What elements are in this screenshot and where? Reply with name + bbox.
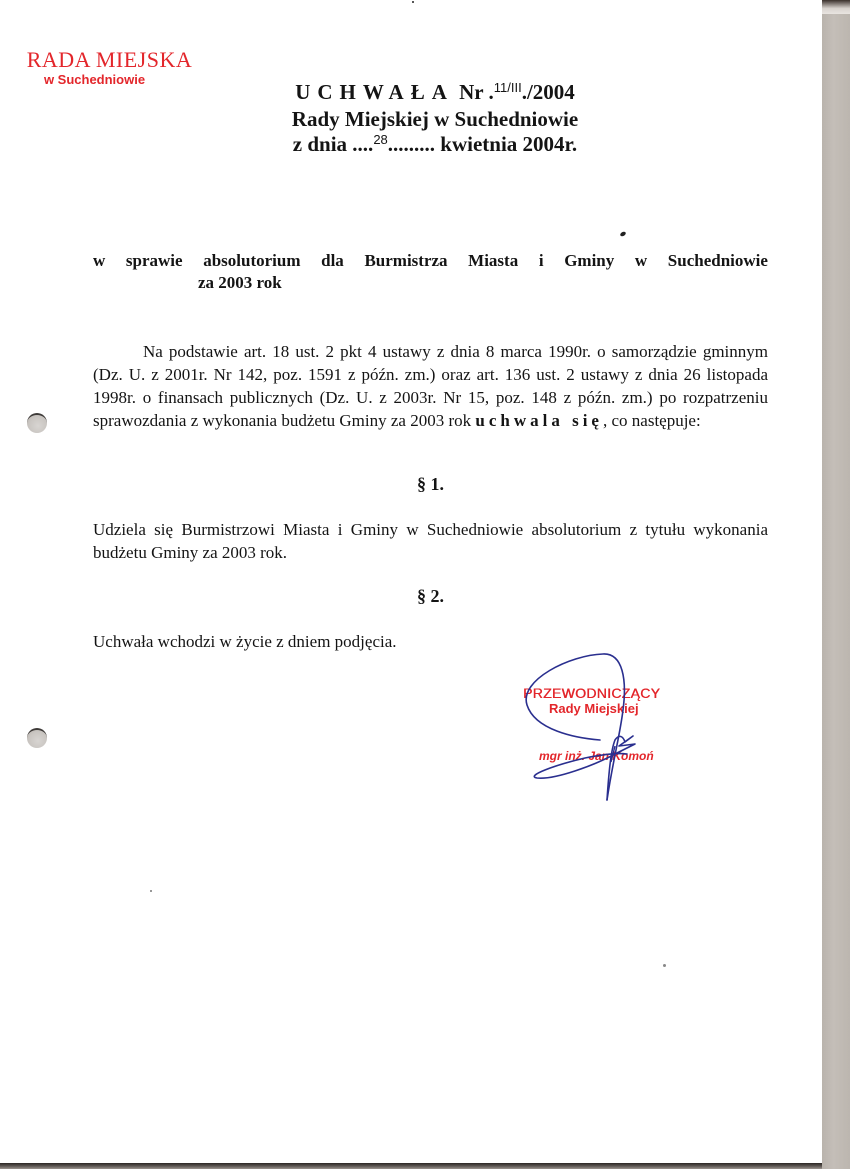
punch-hole [27, 413, 47, 433]
section-1-mark: § 1. [93, 474, 768, 495]
subject-word: w [635, 250, 647, 272]
resolution-subject-line2: za 2003 rok [93, 272, 768, 294]
section-1-text: Udziela się Burmistrzowi Miasta i Gminy … [93, 518, 768, 564]
subject-word: Burmistrza [364, 250, 447, 272]
subject-word: dla [321, 250, 344, 272]
handwritten-signature [515, 650, 715, 810]
subject-word: i [539, 250, 544, 272]
resolution-date-prefix: z dnia .... [293, 132, 374, 156]
document-page: RADA MIEJSKA w Suchedniowie UCHWAŁA Nr .… [0, 0, 822, 1164]
preamble-resolves: uchwala się [475, 411, 603, 430]
resolution-date-suffix: ......... kwietnia 2004r. [388, 132, 577, 156]
subject-word: sprawie [126, 250, 183, 272]
punch-hole [27, 728, 47, 748]
subject-word: Miasta [468, 250, 518, 272]
resolution-date-day: 28 [373, 132, 387, 147]
ink-speck [619, 231, 626, 237]
ink-speck [150, 890, 152, 892]
subject-word: Gminy [564, 250, 614, 272]
council-stamp-line1: RADA MIEJSKA [22, 48, 197, 72]
subject-word: Suchedniowie [668, 250, 768, 272]
resolution-preamble: Na podstawie art. 18 ust. 2 pkt 4 ustawy… [93, 340, 768, 432]
resolution-title: UCHWAŁA Nr .11/III./2004 [230, 80, 640, 107]
resolution-number-suffix: ./2004 [522, 80, 575, 104]
preamble-resolves-suffix: , co następuje: [603, 411, 701, 430]
resolution-title-word: UCHWAŁA [295, 80, 454, 104]
resolution-number-prefix: Nr . [459, 80, 494, 104]
resolution-issuer: Rady Miejskiej w Suchedniowie [230, 107, 640, 132]
resolution-subject-line1: wsprawieabsolutoriumdlaBurmistrzaMiastai… [93, 250, 768, 272]
scanner-bed-edge-right [822, 0, 850, 1169]
scanner-bed-edge-corner [822, 0, 850, 14]
ink-speck [663, 964, 666, 967]
resolution-date: z dnia ....28......... kwietnia 2004r. [230, 132, 640, 159]
scanner-bed-edge-bottom [0, 1163, 822, 1169]
resolution-number-handwritten: 11/III [494, 80, 522, 95]
resolution-header: UCHWAŁA Nr .11/III./2004 Rady Miejskiej … [230, 80, 640, 159]
resolution-subject: wsprawieabsolutoriumdlaBurmistrzaMiastai… [93, 250, 768, 294]
section-2-mark: § 2. [93, 586, 768, 607]
subject-word: w [93, 250, 105, 272]
signature-block: PRZEWODNICZĄCY Rady Miejskiej mgr inż. J… [515, 650, 715, 810]
council-stamp-line2: w Suchedniowie [0, 72, 197, 88]
ink-speck [412, 1, 414, 3]
council-stamp: RADA MIEJSKA w Suchedniowie [22, 48, 197, 88]
subject-word: absolutorium [203, 250, 300, 272]
